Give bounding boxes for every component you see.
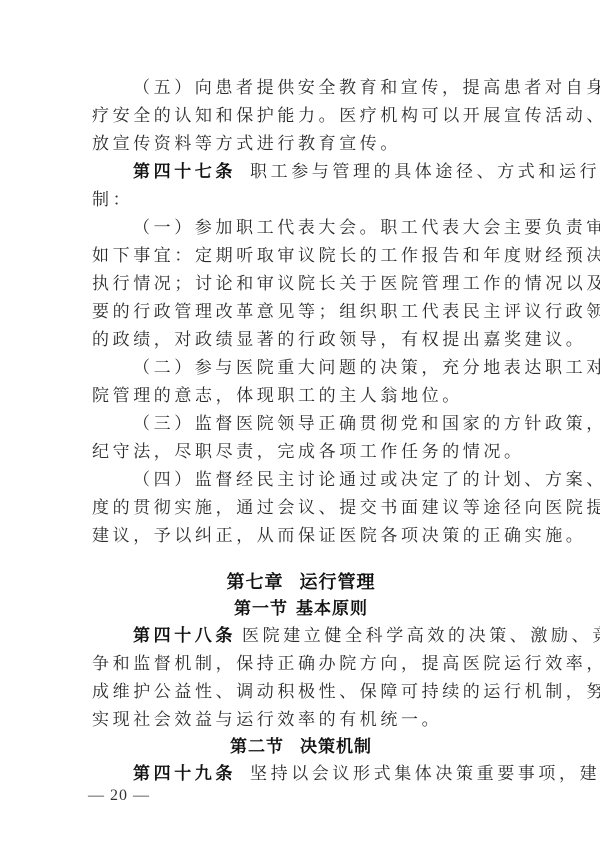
section-title: 第二节决策机制 [92, 734, 510, 760]
article-47: 第四十七条职工参与管理的具体途径、方式和运行机 制： （一）参加职工代表大会。职… [92, 158, 510, 550]
article-49-first-line: 第四十九条坚持以会议形式集体决策重要事项，建立 [92, 760, 510, 788]
text-line: 要的行政管理改革意见等；组织职工代表民主评议行政领导 [92, 298, 510, 326]
text-line: 制： [92, 186, 510, 214]
section-name: 基本原则 [296, 599, 368, 619]
text-line: 的政绩，对政绩显著的行政领导，有权提出嘉奖建议。 [92, 326, 510, 354]
article-48-first-line: 第四十八条医院建立健全科学高效的决策、激励、竞 [92, 622, 510, 650]
section-number: 第一节 [234, 599, 288, 619]
text-line: 放宣传资料等方式进行教育宣传。 [92, 130, 510, 158]
text-line: 院管理的意志，体现职工的主人翁地位。 [92, 382, 510, 410]
text-line: 执行情况；讨论和审议院长关于医院管理工作的情况以及重 [92, 270, 510, 298]
article-heading: 第四十八条 [133, 626, 236, 646]
text-line: （一）参加职工代表大会。职工代表大会主要负责审议 [92, 214, 510, 242]
text-line: （三）监督医院领导正确贯彻党和国家的方针政策，遵 [92, 410, 510, 438]
text-line: （二）参与医院重大问题的决策，充分地表达职工对医 [92, 354, 510, 382]
article-48: 第四十八条医院建立健全科学高效的决策、激励、竞 争和监督机制，保持正确办院方向，… [92, 622, 510, 734]
text-line: （五）向患者提供安全教育和宣传，提高患者对自身医 [92, 74, 510, 102]
text-line: 纪守法，尽职尽责，完成各项工作任务的情况。 [92, 438, 510, 466]
text-line: 成维护公益性、调动积极性、保障可持续的运行机制，努力 [92, 678, 510, 706]
article-47-item-3: （三）监督医院领导正确贯彻党和国家的方针政策，遵 纪守法，尽职尽责，完成各项工作… [92, 410, 510, 466]
chapter-name: 运行管理 [300, 572, 376, 593]
section-number: 第二节 [230, 737, 284, 757]
text-line: 度的贯彻实施，通过会议、提交书面建议等途径向医院提出 [92, 494, 510, 522]
chapter-title: 第七章运行管理 [92, 570, 510, 596]
article-49: 第四十九条坚持以会议形式集体决策重要事项，建立 [92, 760, 510, 788]
text-fragment: 坚持以会议形式集体决策重要事项，建立 [250, 764, 600, 784]
document-page: （五）向患者提供安全教育和宣传，提高患者对自身医 疗安全的认知和保护能力。医疗机… [92, 74, 510, 788]
article-47-item-2: （二）参与医院重大问题的决策，充分地表达职工对医 院管理的意志，体现职工的主人翁… [92, 354, 510, 410]
text-line: （四）监督经民主讨论通过或决定了的计划、方案、制 [92, 466, 510, 494]
text-line: 实现社会效益与运行效率的有机统一。 [92, 706, 510, 734]
article-47-first-line: 第四十七条职工参与管理的具体途径、方式和运行机 [92, 158, 510, 186]
text-line: 争和监督机制，保持正确办院方向，提高医院运行效率，形 [92, 650, 510, 678]
article-47-item-1: （一）参加职工代表大会。职工代表大会主要负责审议 如下事宜：定期听取审议院长的工… [92, 214, 510, 354]
article-heading: 第四十九条 [133, 764, 236, 784]
section-name: 决策机制 [300, 737, 372, 757]
page-number: — 20 — [88, 787, 150, 805]
text-line: 建议，予以纠正，从而保证医院各项决策的正确实施。 [92, 522, 510, 550]
text-line: 疗安全的认知和保护能力。医疗机构可以开展宣传活动、发 [92, 102, 510, 130]
section-title: 第一节基本原则 [92, 596, 510, 622]
text-fragment: 医院建立健全科学高效的决策、激励、竞 [242, 626, 600, 646]
text-line: 如下事宜：定期听取审议院长的工作报告和年度财经预决算 [92, 242, 510, 270]
paragraph-item-5: （五）向患者提供安全教育和宣传，提高患者对自身医 疗安全的认知和保护能力。医疗机… [92, 74, 510, 158]
text-fragment: 职工参与管理的具体途径、方式和运行机 [250, 162, 600, 182]
chapter-number: 第七章 [227, 572, 284, 593]
spacer [92, 550, 510, 570]
article-heading: 第四十七条 [133, 162, 236, 182]
article-47-item-4: （四）监督经民主讨论通过或决定了的计划、方案、制 度的贯彻实施，通过会议、提交书… [92, 466, 510, 550]
